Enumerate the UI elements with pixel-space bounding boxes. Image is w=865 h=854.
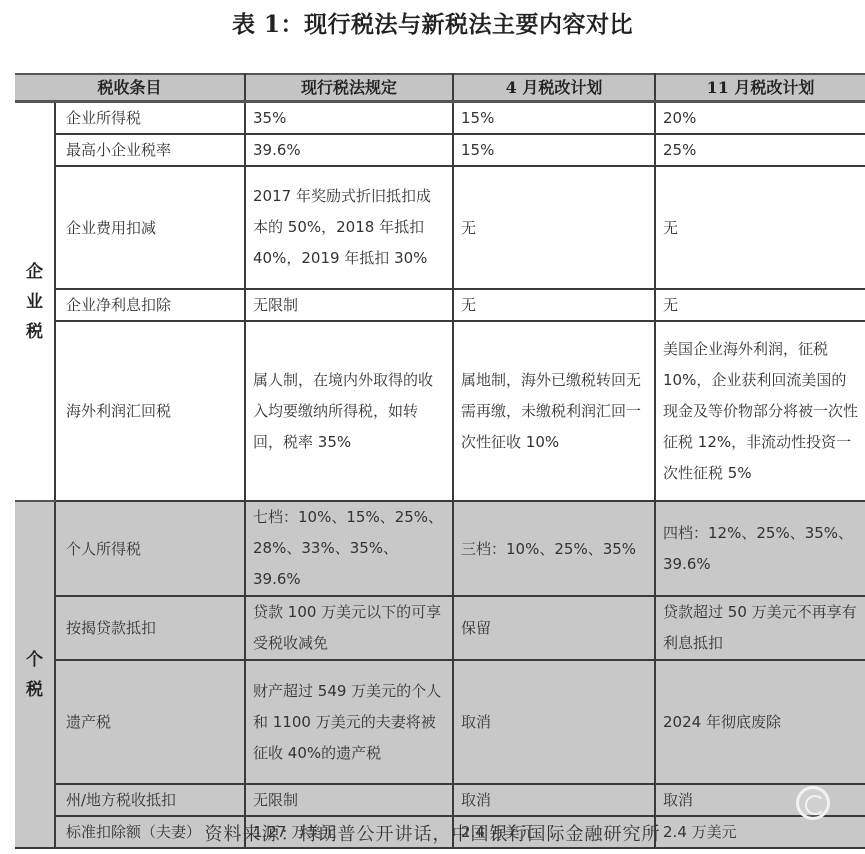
tax-comparison-table: 税收条目 现行税法规定 4 月税改计划 11 月税改计划 企 业 税 企业所得税… xyxy=(15,73,865,849)
cell-april: 保留 xyxy=(453,596,655,660)
cell-current: 属人制，在境内外取得的收入均要缴纳所得税，如转回，税率 35% xyxy=(245,321,453,501)
cell-current: 无限制 xyxy=(245,289,453,321)
cell-november: 美国企业海外利润，征税 10%，企业获利回流美国的现金及等价物部分将被一次性征税… xyxy=(655,321,865,501)
row-item: 企业所得税 xyxy=(55,102,245,135)
table-row: 企 业 税 企业所得税 35% 15% 20% xyxy=(15,102,865,135)
cell-current: 39.6% xyxy=(245,134,453,166)
table-row: 海外利润汇回税 属人制，在境内外取得的收入均要缴纳所得税，如转回，税率 35% … xyxy=(15,321,865,501)
cell-current: 七档：10%、15%、25%、28%、33%、35%、39.6% xyxy=(245,501,453,596)
category-corporate-tax: 企 业 税 xyxy=(15,102,55,502)
row-item: 海外利润汇回税 xyxy=(55,321,245,501)
table-header-row: 税收条目 现行税法规定 4 月税改计划 11 月税改计划 xyxy=(15,74,865,102)
cell-april: 取消 xyxy=(453,784,655,816)
source-note: 资料来源：特朗普公开讲话，中国银行国际金融研究所 xyxy=(0,820,865,846)
table-row: 企业费用扣减 2017 年奖励式折旧抵扣成本的 50%，2018 年抵扣 40%… xyxy=(15,166,865,289)
row-item: 州/地方税收抵扣 xyxy=(55,784,245,816)
cell-november: 无 xyxy=(655,166,865,289)
row-item: 个人所得税 xyxy=(55,501,245,596)
cell-november: 2024 年彻底废除 xyxy=(655,660,865,784)
table-row: 最高小企业税率 39.6% 15% 25% xyxy=(15,134,865,166)
row-item: 按揭贷款抵扣 xyxy=(55,596,245,660)
header-april: 4 月税改计划 xyxy=(453,74,655,102)
table-row: 州/地方税收抵扣 无限制 取消 取消 xyxy=(15,784,865,816)
cell-november: 贷款超过 50 万美元不再享有利息抵扣 xyxy=(655,596,865,660)
table-row: 企业净利息扣除 无限制 无 无 xyxy=(15,289,865,321)
row-item: 最高小企业税率 xyxy=(55,134,245,166)
cell-november: 25% xyxy=(655,134,865,166)
header-item: 税收条目 xyxy=(15,74,245,102)
cell-current: 2017 年奖励式折旧抵扣成本的 50%，2018 年抵扣 40%，2019 年… xyxy=(245,166,453,289)
cell-april: 无 xyxy=(453,289,655,321)
watermark-logo-icon xyxy=(796,786,830,820)
cell-april: 15% xyxy=(453,134,655,166)
cell-current: 贷款 100 万美元以下的可享受税收减免 xyxy=(245,596,453,660)
cell-current: 无限制 xyxy=(245,784,453,816)
header-november: 11 月税改计划 xyxy=(655,74,865,102)
table-row: 个 税 个人所得税 七档：10%、15%、25%、28%、33%、35%、39.… xyxy=(15,501,865,596)
cell-april: 无 xyxy=(453,166,655,289)
table-row: 遗产税 财产超过 549 万美元的个人和 1100 万美元的夫妻将被征收 40%… xyxy=(15,660,865,784)
cell-april: 三档：10%、25%、35% xyxy=(453,501,655,596)
cell-current: 35% xyxy=(245,102,453,135)
table-title: 表 1：现行税法与新税法主要内容对比 xyxy=(0,6,865,39)
category-personal-tax: 个 税 xyxy=(15,501,55,848)
row-item: 遗产税 xyxy=(55,660,245,784)
cell-november: 取消 xyxy=(655,784,865,816)
header-current: 现行税法规定 xyxy=(245,74,453,102)
cell-april: 属地制，海外已缴税转回无需再缴，未缴税利润汇回一次性征收 10% xyxy=(453,321,655,501)
cell-november: 无 xyxy=(655,289,865,321)
cell-november: 20% xyxy=(655,102,865,135)
cell-november: 四档：12%、25%、35%、39.6% xyxy=(655,501,865,596)
row-item: 企业费用扣减 xyxy=(55,166,245,289)
table-row: 按揭贷款抵扣 贷款 100 万美元以下的可享受税收减免 保留 贷款超过 50 万… xyxy=(15,596,865,660)
cell-april: 15% xyxy=(453,102,655,135)
row-item: 企业净利息扣除 xyxy=(55,289,245,321)
cell-april: 取消 xyxy=(453,660,655,784)
cell-current: 财产超过 549 万美元的个人和 1100 万美元的夫妻将被征收 40%的遗产税 xyxy=(245,660,453,784)
